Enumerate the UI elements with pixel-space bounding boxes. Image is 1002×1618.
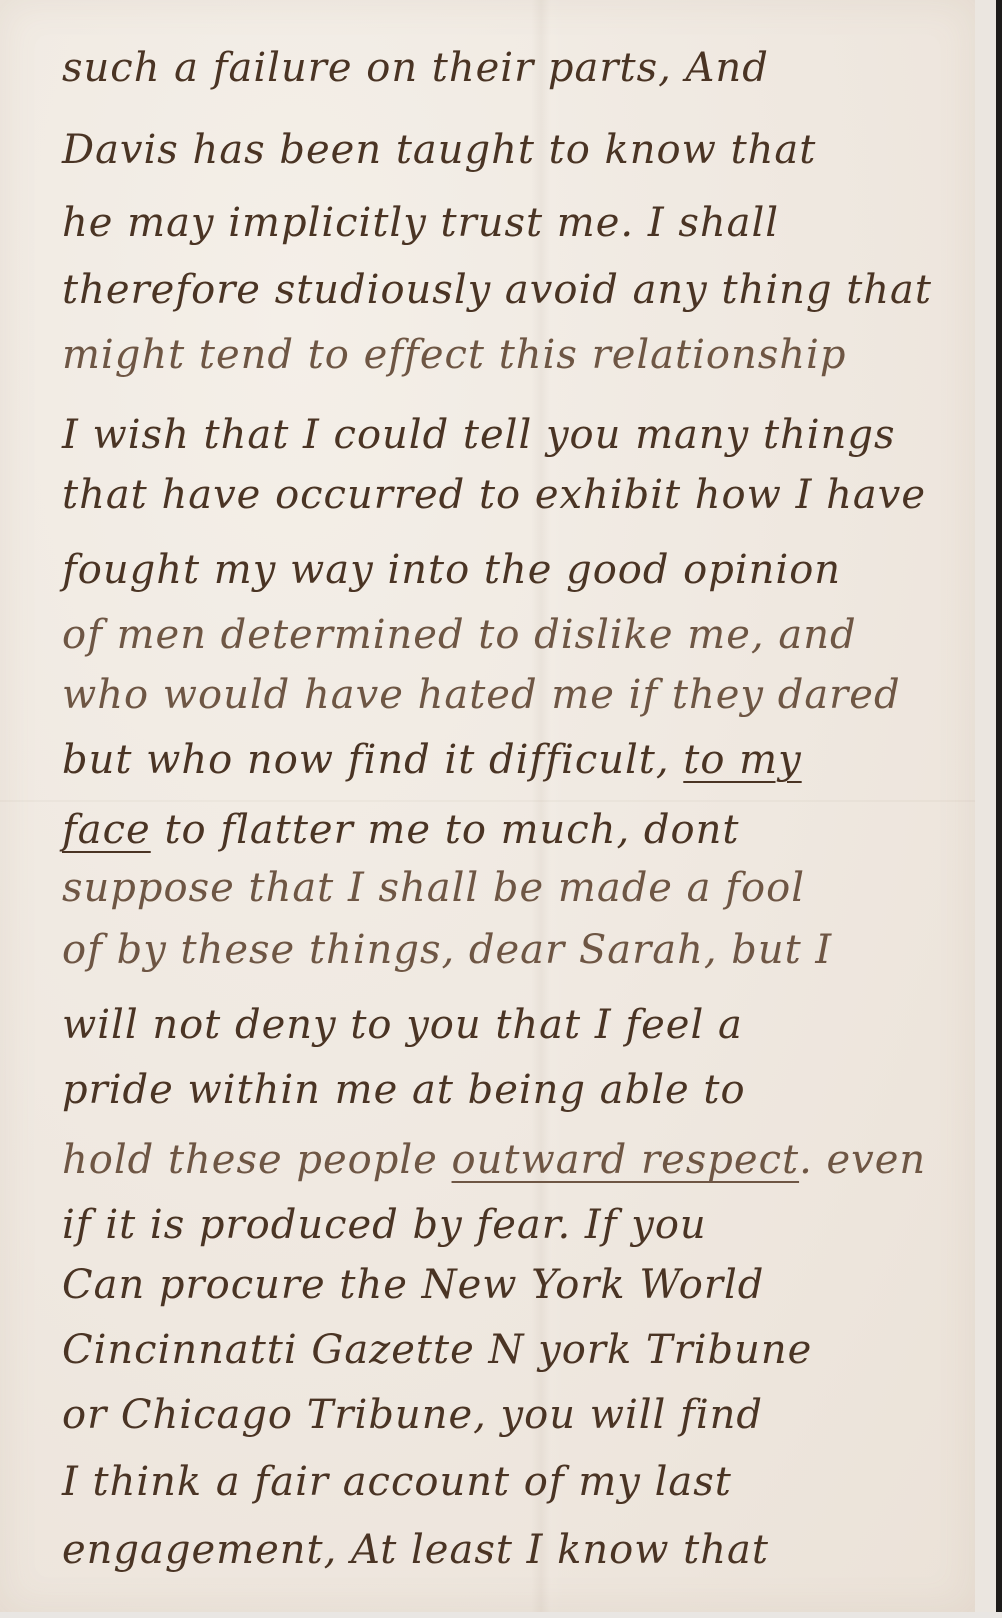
letter-line-20: Cincinnatti Gazette N york Tribune (62, 1330, 812, 1370)
scan-edge-right (996, 0, 1002, 1618)
letter-line-6: I wish that I could tell you many things (62, 415, 895, 455)
letter-line-22: I think a fair account of my last (62, 1462, 732, 1502)
letter-line-12-text: to flatter me to much, dont (151, 807, 740, 853)
letter-line-5: might tend to effect this relationship (62, 335, 846, 375)
letter-line-17-text: hold these people (62, 1137, 452, 1183)
letter-line-11-text: but who now find it difficult, (62, 737, 683, 783)
letter-line-2: Davis has been taught to know that (62, 130, 816, 170)
scan-margin-bottom (0, 1612, 1002, 1618)
letter-line-7: that have occurred to exhibit how I have (62, 475, 926, 515)
letter-line-1: such a failure on their parts, And (62, 48, 769, 88)
letter-line-12: face to flatter me to much, dont (62, 810, 739, 850)
underlined-phrase: to my (683, 737, 801, 783)
letter-line-9: of men determined to dislike me, and (62, 615, 857, 655)
letter-line-14: of by these things, dear Sarah, but I (62, 930, 832, 970)
letter-line-13: suppose that I shall be made a fool (62, 868, 805, 908)
letter-line-3: he may implicitly trust me. I shall (62, 203, 779, 243)
letter-line-23: engagement, At least I know that (62, 1530, 769, 1570)
letter-line-8: fought my way into the good opinion (62, 550, 841, 590)
letter-page: such a failure on their parts, And Davis… (0, 0, 975, 1612)
letter-line-11: but who now find it difficult, to my (62, 740, 802, 780)
letter-line-18: if it is produced by fear. If you (62, 1205, 707, 1245)
underlined-phrase: outward respect (452, 1137, 800, 1183)
letter-line-4: therefore studiously avoid any thing tha… (62, 270, 932, 310)
letter-line-16: pride within me at being able to (62, 1070, 746, 1110)
letter-line-15: will not deny to you that I feel a (62, 1005, 743, 1045)
letter-line-21: or Chicago Tribune, you will find (62, 1395, 763, 1435)
letter-line-17: hold these people outward respect. even (62, 1140, 926, 1180)
letter-line-17-end: . even (799, 1137, 926, 1183)
underlined-word: face (62, 807, 151, 853)
letter-line-10: who would have hated me if they dared (62, 675, 901, 715)
letter-line-19: Can procure the New York World (62, 1265, 764, 1305)
